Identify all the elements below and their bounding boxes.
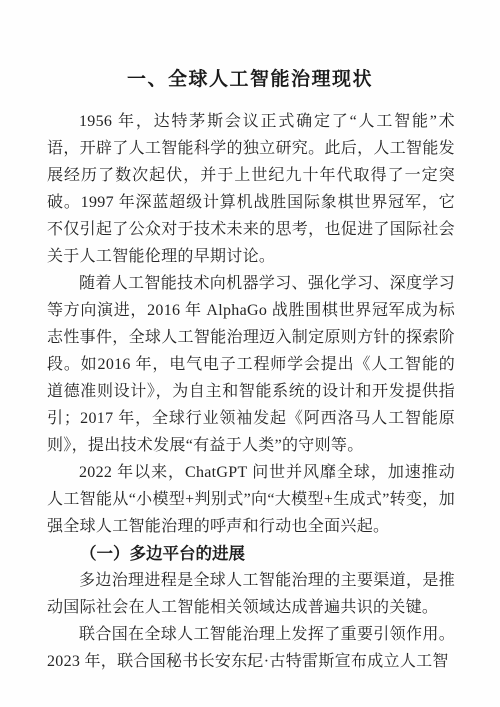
paragraph: 2022 年以来，ChatGPT 问世并风靡全球，加速推动人工智能从“小模型+判… xyxy=(47,459,455,540)
paragraph: 1956 年，达特茅斯会议正式确定了“人工智能”术语，开辟了人工智能科学的独立研… xyxy=(47,108,455,270)
paragraph: 随着人工智能技术向机器学习、强化学习、深度学习等方向演进，2016 年 Alph… xyxy=(47,270,455,459)
document-page: 一、全球人工智能治理现状 1956 年，达特茅斯会议正式确定了“人工智能”术语，… xyxy=(0,0,500,707)
document-body: 1956 年，达特茅斯会议正式确定了“人工智能”术语，开辟了人工智能科学的独立研… xyxy=(47,108,455,675)
page-title: 一、全球人工智能治理现状 xyxy=(0,0,500,91)
page-number: 1 xyxy=(0,654,500,670)
section-heading: （一）多边平台的进展 xyxy=(47,540,455,567)
paragraph: 多边治理进程是全球人工智能治理的主要渠道，是推动国际社会在人工智能相关领域达成普… xyxy=(47,567,455,621)
